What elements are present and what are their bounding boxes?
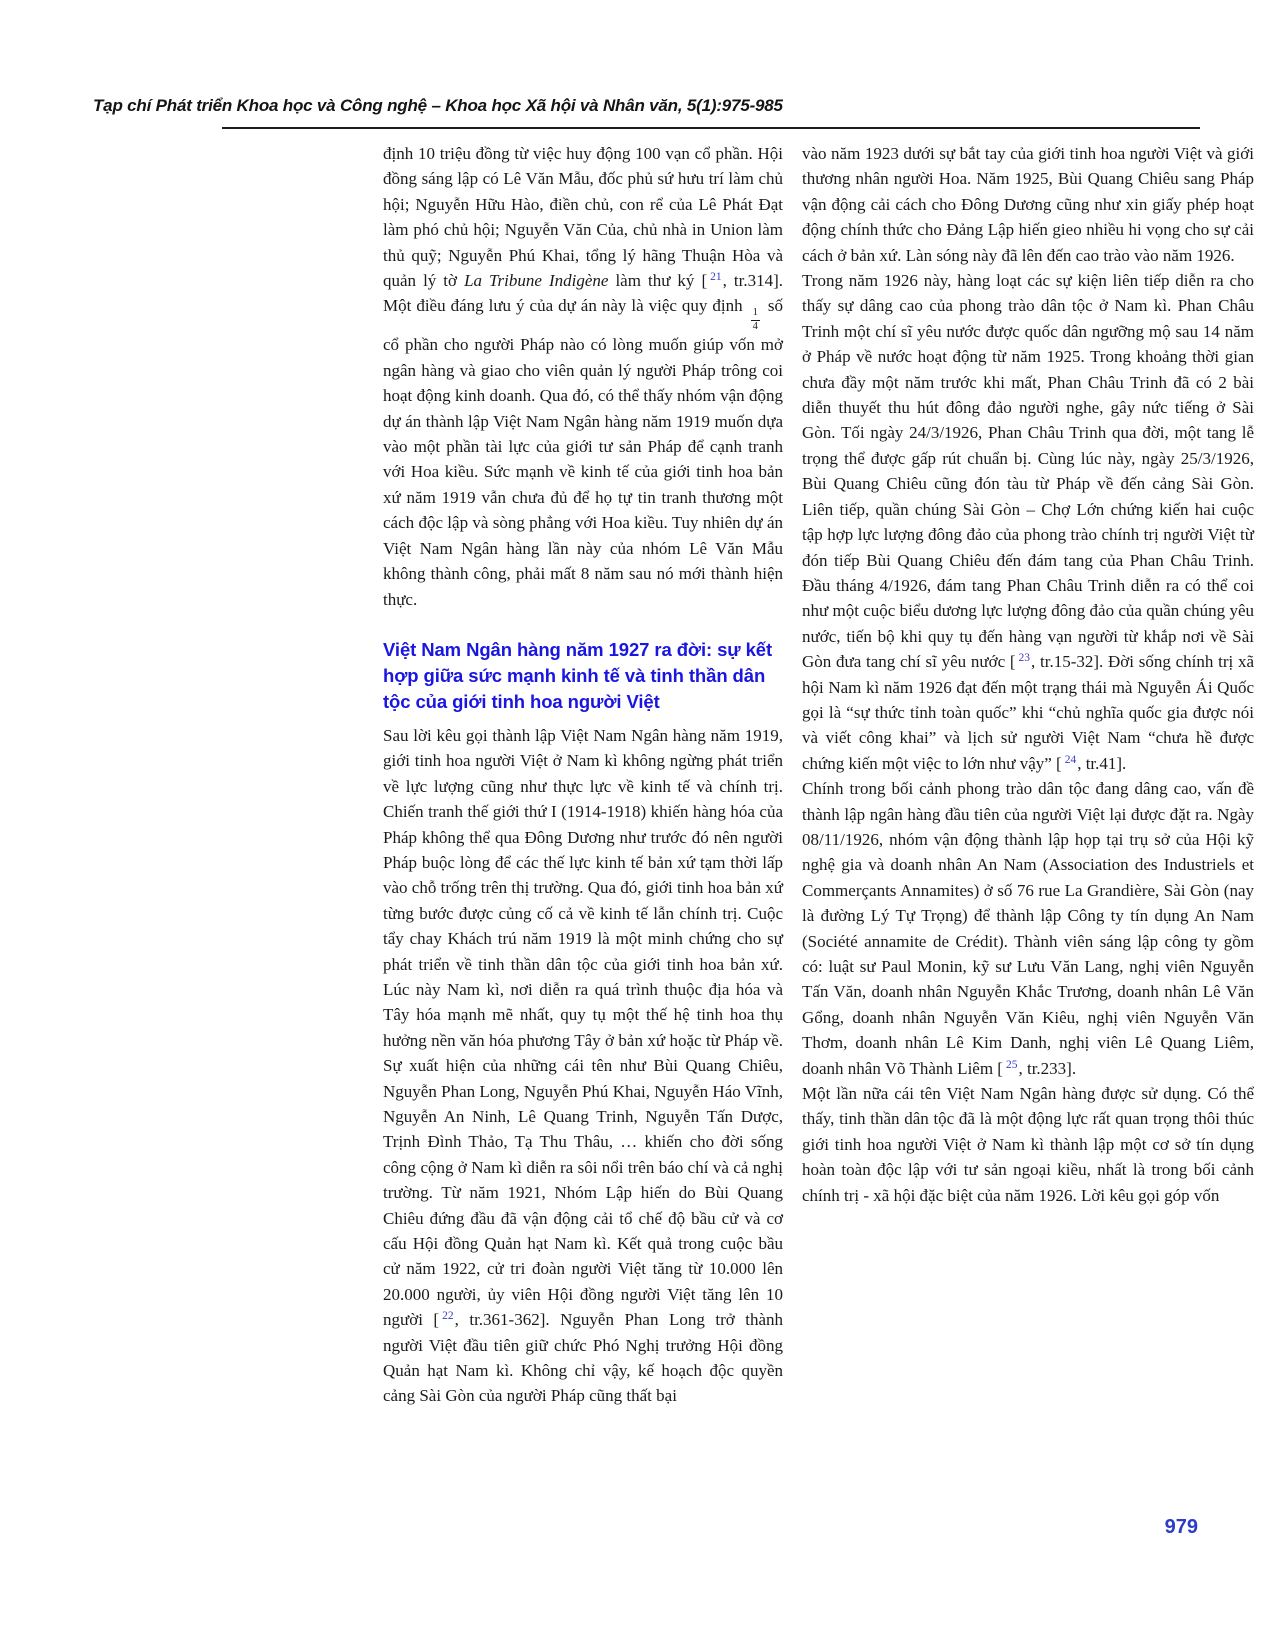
section-heading: Việt Nam Ngân hàng năm 1927 ra đời: sự k… — [383, 637, 783, 715]
text-run: , tr.41]. — [1077, 754, 1126, 773]
text-run: Chính trong bối cảnh phong trào dân tộc … — [802, 779, 1254, 1077]
right-column: vào năm 1923 dưới sự bắt tay của giới ti… — [802, 141, 1254, 1208]
fraction-one-quarter: 14 — [751, 308, 760, 332]
paragraph: Sau lời kêu gọi thành lập Việt Nam Ngân … — [383, 723, 783, 1409]
text-run: Sau lời kêu gọi thành lập Việt Nam Ngân … — [383, 726, 783, 1329]
paragraph: Chính trong bối cảnh phong trào dân tộc … — [802, 776, 1254, 1081]
citation-ref-25[interactable]: 25 — [1006, 1059, 1018, 1071]
text-run: số cổ phần cho người Pháp nào có lòng mu… — [383, 296, 783, 608]
paragraph: Trong năm 1926 này, hàng loạt các sự kiệ… — [802, 268, 1254, 776]
citation-ref-23[interactable]: 23 — [1019, 652, 1031, 664]
left-column: định 10 triệu đồng từ việc huy động 100 … — [383, 141, 783, 1409]
text-run: làm thư ký [ — [608, 271, 707, 290]
paragraph-continuation: vào năm 1923 dưới sự bắt tay của giới ti… — [802, 141, 1254, 268]
journal-page: Tạp chí Phát triển Khoa học và Công nghệ… — [0, 0, 1276, 1649]
text-run: Trong năm 1926 này, hàng loạt các sự kiệ… — [802, 271, 1254, 671]
citation-ref-21[interactable]: 21 — [710, 271, 722, 283]
header-rule — [222, 127, 1200, 129]
italic-newspaper-title: La Tribune Indigène — [464, 271, 608, 290]
journal-header-line: Tạp chí Phát triển Khoa học và Công nghệ… — [93, 96, 783, 116]
fraction-numerator: 1 — [751, 308, 760, 321]
text-run: , tr.361-362]. Nguyễn Phan Long trở thàn… — [383, 1310, 783, 1405]
paragraph-continuation: định 10 triệu đồng từ việc huy động 100 … — [383, 141, 783, 612]
text-run: định 10 triệu đồng từ việc huy động 100 … — [383, 144, 783, 290]
text-run: , tr.233]. — [1018, 1059, 1076, 1078]
citation-ref-24[interactable]: 24 — [1065, 754, 1077, 766]
citation-ref-22[interactable]: 22 — [442, 1310, 454, 1322]
fraction-denominator: 4 — [753, 321, 758, 333]
page-number: 979 — [1078, 1516, 1198, 1539]
paragraph: Một lần nữa cái tên Việt Nam Ngân hàng đ… — [802, 1081, 1254, 1208]
